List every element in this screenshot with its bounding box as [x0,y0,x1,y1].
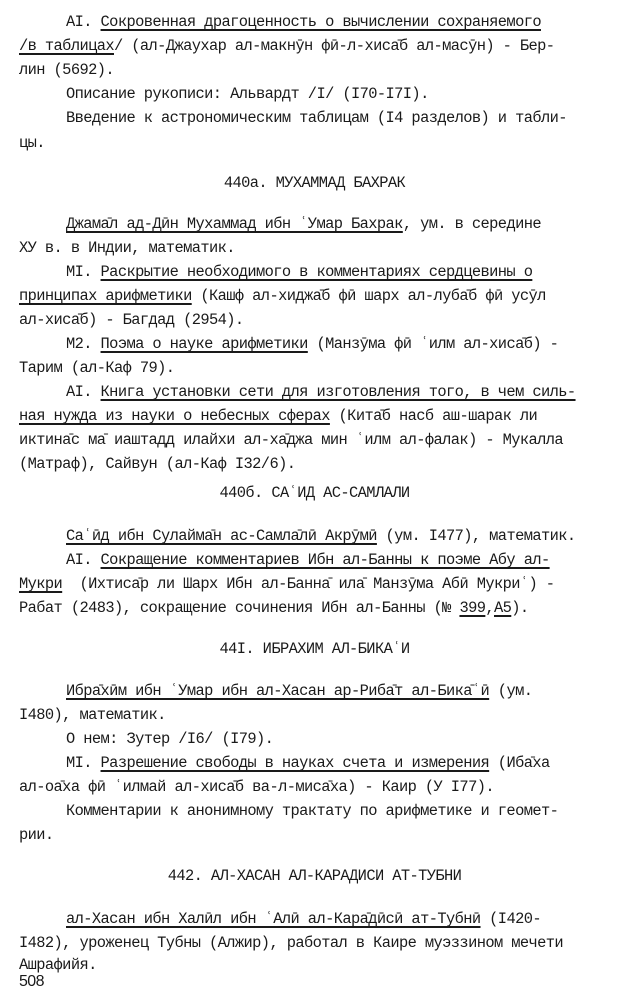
manuscript-m1-line2: ал-оа̄ха фӣ ʿилмай ал-хиса̄б ва-л-миса̄х… [19,777,494,797]
cross-reference: A5 [494,599,511,617]
manuscript-arabic-title: (Манзӯма фӣ ʿилм ал-хиса̄б) - [308,335,558,353]
about-reference: О нем: Зутер /I6/ (I79). [66,729,273,749]
manuscript-a1-line3: лин (5692). [19,60,114,80]
document-page: AI. Сокровенная драгоценность о вычислен… [0,0,629,1000]
bio-442-line2: I482), уроженец Тубны (Алжир), работал в… [19,933,563,953]
manuscript-arabic-title: (Иба̄ха [489,754,549,772]
cross-reference: 399 [459,599,485,617]
manuscript-title: Разрешение свободы в науках счета и изме… [101,754,490,772]
manuscript-arabic-title: (Кита̄б насб аш-шарак ли [330,407,537,425]
manuscript-a1-line1: AI. Книга установки сети для изготовлени… [66,382,576,402]
bio-441-line2: I480), математик. [19,705,166,725]
manuscript-a1-line3: иктина̄с ма̄ иаштадд илайхи ал-ха̄джа ми… [19,430,563,450]
manuscript-label: AI. [66,13,101,31]
manuscript-title: Поэма о науке арифметики [101,335,308,353]
manuscript-label: MI. [66,263,101,281]
note-line2: цы. [19,133,45,153]
manuscript-m1-line3: ал-хиса̄б) - Багдад (2954). [19,310,244,330]
manuscript-title-cont: /в таблицах [19,37,114,55]
author-name: Саʿӣд ибн Сулайма̄н ас-Самла̄лӣ Акрӯмӣ [66,527,377,545]
manuscript-label: AI. [66,551,101,569]
manuscript-a1-line3: Рабат (2483), сокращение сочинения Ибн а… [19,598,529,618]
manuscript-m1-line1: MI. Раскрытие необходимого в комментария… [66,262,532,282]
bio-441-line1: Ибра̄хӣм ибн ʿУмар ибн ал-Хасан ар-Риба̄… [66,681,532,701]
bio-440b-line1: Саʿӣд ибн Сулайма̄н ас-Самла̄лӣ Акрӯмӣ (… [66,526,576,546]
manuscript-a1-line2: /в таблицах/ (ал-Джаухар ал-макнӯн фӣ-л-… [19,36,554,56]
manuscript-description: Описание рукописи: Альвардт /I/ (I70-I7I… [66,84,429,104]
bio-text: (I420- [481,910,541,928]
manuscript-title-cont: принципах арифметики [19,287,192,305]
bio-440a-line2: ХУ в. в Индии, математик. [19,238,235,258]
manuscript-title: Сокровенная драгоценность о вычислении с… [101,13,541,31]
author-name: ал-Хасан ибн Халӣл ибн ʿАлӣ ал-Кара̄дӣсӣ… [66,910,481,928]
bio-442-line3: Ашрафийя. [19,955,97,975]
manuscript-title: Раскрытие необходимого в комментариях се… [101,263,533,281]
closing: ). [511,599,528,617]
manuscript-a1-line4: (Матраф), Сайвун (ал-Каф I32/6). [19,454,295,474]
note-line1: Комментарии к анонимному трактату по ари… [66,801,558,821]
manuscript-m2-line2: Тарим (ал-Каф 79). [19,358,174,378]
manuscript-m1-line1: MI. Разрешение свободы в науках счета и … [66,753,550,773]
page-number: 508 [19,973,44,991]
manuscript-title: Сокращение комментариев Ибн ал-Банны к п… [101,551,550,569]
manuscript-m2-line1: M2. Поэма о науке арифметики (Манзӯма фӣ… [66,334,558,354]
entry-heading-441: 44I. ИБРАХИМ АЛ-БИКАʿИ [0,639,629,659]
bio-text: (ум. [489,682,532,700]
manuscript-title: Книга установки сети для изготовления то… [101,383,576,401]
bio-440a-line1: Джама̄л ад-Дӣн Мухаммад ибн ʿУмар Бахрак… [66,214,541,234]
bio-text: , ум. в середине [403,215,541,233]
manuscript-arabic-title: (Кашф ал-хиджа̄б фӣ шарх ал-луба̄б фӣ ус… [192,287,546,305]
manuscript-title-cont: Мукри [19,575,62,593]
manuscript-a1-line1: AI. Сокращение комментариев Ибн ал-Банны… [66,550,550,570]
entry-heading-440a: 440а. МУХАММАД БАХРАК [0,173,629,193]
manuscript-a1-line2: ная нужда из науки о небесных сферах (Ки… [19,406,537,426]
manuscript-title-cont: ная нужда из науки о небесных сферах [19,407,330,425]
note-line1: Введение к астрономическим таблицам (I4 … [66,108,567,128]
manuscript-location: Рабат (2483), сокращение сочинения Ибн а… [19,599,459,617]
manuscript-label: M2. [66,335,101,353]
manuscript-a1-line2: Мукри (Ихтиса̄р ли Шарх Ибн ал-Банна̄ ил… [19,574,554,594]
entry-heading-442: 442. АЛ-ХАСАН АЛ-КАРАДИСИ АТ-ТУБНИ [0,866,629,886]
bio-text: (ум. I477), математик. [377,527,576,545]
manuscript-a1-line1: AI. Сокровенная драгоценность о вычислен… [66,12,541,32]
entry-heading-440b: 440б. САʿИД АС-САМЛАЛИ [0,483,629,503]
manuscript-label: MI. [66,754,101,772]
bio-442-line1: ал-Хасан ибн Халӣл ибн ʿАлӣ ал-Кара̄дӣсӣ… [66,909,541,929]
manuscript-label: AI. [66,383,101,401]
separator: , [485,599,494,617]
manuscript-arabic-title: (Ихтиса̄р ли Шарх Ибн ал-Банна̄ ила̄ Ман… [62,575,554,593]
manuscript-arabic-title: / (ал-Джаухар ал-макнӯн фӣ-л-хиса̄б ал-м… [114,37,554,55]
author-name: Джама̄л ад-Дӣн Мухаммад ибн ʿУмар Бахрак [66,215,403,233]
manuscript-m1-line2: принципах арифметики (Кашф ал-хиджа̄б фӣ… [19,286,546,306]
note-line2: рии. [19,825,54,845]
author-name: Ибра̄хӣм ибн ʿУмар ибн ал-Хасан ар-Риба̄… [66,682,489,700]
